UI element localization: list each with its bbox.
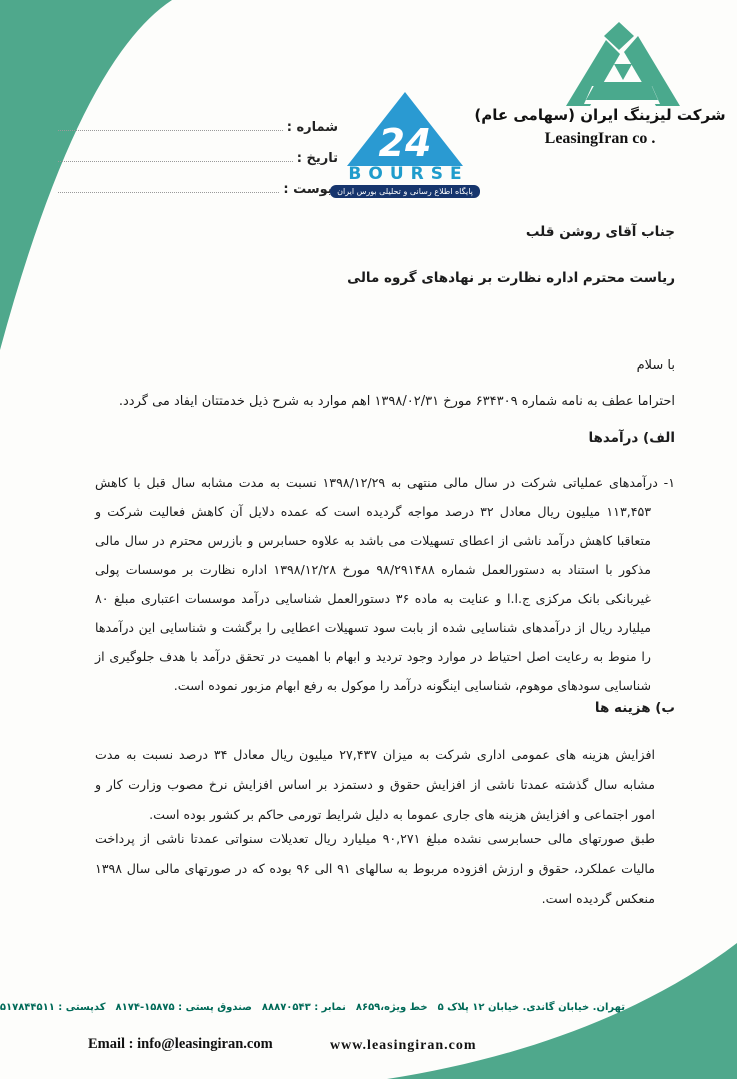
leasing-iran-logo-icon <box>562 22 684 108</box>
salutation: با سلام <box>637 358 675 373</box>
field-date: تاریخ : <box>58 135 338 166</box>
footer-website: www.leasingiran.com <box>330 1038 477 1054</box>
footer-address-line: تهران. خیابان گاندی. خیابان ۱۲ پلاک ۵ خط… <box>12 1002 625 1013</box>
bourse-tagline: پایگاه اطلاع رسانی و تحلیلی بورس ایران <box>330 185 480 198</box>
footer-hotline: خط ویژه،۸۶۵۹ <box>356 1002 428 1013</box>
bourse-triangle-icon: 24 <box>347 92 463 166</box>
bourse-stamp: 24 BOURSE پایگاه اطلاع رسانی و تحلیلی بو… <box>330 92 480 198</box>
intro-paragraph: احتراما عطف به نامه شماره ۶۳۴۳۰۹ مورخ ۱۳… <box>95 394 675 409</box>
field-date-dotted-line <box>58 161 293 162</box>
field-attachment-dotted-line <box>58 192 279 193</box>
bourse-wordmark: BOURSE <box>330 164 480 184</box>
expenses-paragraph-2: طبق صورتهای مالی حسابرسی نشده مبلغ ۹۰,۲۷… <box>95 824 655 914</box>
recipient-name: جناب آقای روشن قلب <box>526 224 675 240</box>
field-number: شماره : <box>58 104 338 135</box>
letter-page: شرکت لیزینگ ایران (سهامی عام) LeasingIra… <box>0 0 737 1079</box>
footer-email: Email : info@leasingiran.com <box>88 1036 273 1053</box>
company-name-en: LeasingIran co . <box>470 130 730 148</box>
revenues-paragraph: ۱- درآمدهای عملیاتی شرکت در سال مالی منت… <box>95 468 675 700</box>
expenses-paragraph-1: افزایش هزینه های عمومی اداری شرکت به میز… <box>95 740 655 830</box>
field-number-dotted-line <box>58 130 283 131</box>
recipient-title: ریاست محترم اداره نظارت بر نهادهای گروه … <box>347 270 675 286</box>
item-1-text: درآمدهای عملیاتی شرکت در سال مالی منتهی … <box>95 475 658 693</box>
item-1-marker: ۱- <box>664 475 675 490</box>
svg-text:24: 24 <box>379 121 432 165</box>
footer-po-box: صندوق پستی : ۱۵۸۷۵-۸۱۷۴ <box>116 1002 252 1013</box>
section-a-heading: الف) درآمدها <box>588 430 675 446</box>
footer-postal-code: کدپستی : ۱۵۱۷۸۴۴۵۱۱ <box>0 1002 106 1013</box>
section-b-heading: ب) هزینه ها <box>595 700 675 716</box>
footer-address: تهران. خیابان گاندی. خیابان ۱۲ پلاک ۵ <box>438 1002 625 1013</box>
reference-fields: شماره : تاریخ : پیوست : <box>58 104 338 197</box>
company-name-fa: شرکت لیزینگ ایران (سهامی عام) <box>470 106 730 124</box>
footer-fax: نمابر : ۸۸۸۷۰۵۴۳ <box>262 1002 346 1013</box>
field-attachment: پیوست : <box>58 166 338 197</box>
